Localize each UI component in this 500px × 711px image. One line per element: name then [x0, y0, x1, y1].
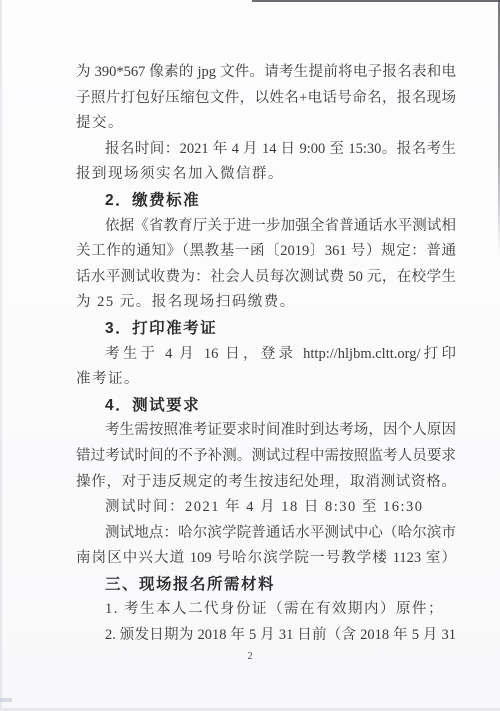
scan-edge-left	[0, 0, 2, 711]
text-line: 考生需按照准考证要求时间准时到达考场，因个人原因	[76, 418, 456, 444]
page-content: 为 390*567 像素的 jpg 文件。请考生提前将电子报名表和电 子照片打包…	[76, 60, 456, 649]
text-line: 南岗区中兴大道 109 号哈尔滨学院一号教学楼 1123 室）	[76, 546, 456, 572]
scan-edge-top	[252, 0, 500, 2]
document-page: { "colors": { "paper": "#fcfcfd", "ink":…	[0, 0, 500, 711]
text-line: 操作，对于违反规定的考生按违纪处理，取消测试资格。	[76, 470, 456, 496]
text-line: 考生于 4 月 16 日，登录 http://hljbm.cltt.org/打印	[76, 342, 456, 368]
text-line: 报到现场须实名加入微信群。	[76, 162, 456, 188]
text-line: 测试地点：哈尔滨学院普通话水平测试中心（哈尔滨市	[76, 521, 456, 547]
text-line: 为 25 元。报名现场扫码缴费。	[76, 290, 456, 316]
text-line: 子照片打包好压缩包文件，以姓名+电话号命名，报名现场	[76, 86, 456, 112]
text-line: 1. 考生本人二代身份证（需在有效期内）原件；	[76, 597, 456, 623]
text-line: 准考证。	[76, 367, 456, 393]
section-heading: 4．测试要求	[76, 393, 456, 419]
text-line: 报名时间：2021 年 4 月 14 日 9:00 至 15:30。报名考生	[76, 137, 456, 163]
text-line: 依据《省教育厅关于进一步加强全省普通话水平测试相	[76, 214, 456, 240]
text-line: 关工作的通知》（黑教基一函〔2019〕361 号）规定：普通	[76, 239, 456, 265]
text-line: 话水平测试收费为：社会人员每次测试费 50 元，在校学生	[76, 265, 456, 291]
text-line: 2. 颁发日期为 2018 年 5 月 31 日前（含 2018 年 5 月 3…	[76, 623, 456, 649]
scan-edge-bottom-notch	[0, 698, 12, 702]
section-heading: 3．打印准考证	[76, 316, 456, 342]
page-number: 2	[0, 651, 500, 662]
section-heading: 2．缴费标准	[76, 188, 456, 214]
text-line: 测试时间：2021 年 4 月 18 日 8:30 至 16:30	[76, 495, 456, 521]
text-line: 为 390*567 像素的 jpg 文件。请考生提前将电子报名表和电	[76, 60, 456, 86]
section-heading: 三、现场报名所需材料	[76, 572, 456, 598]
text-line: 提交。	[76, 111, 456, 137]
text-line: 错过考试时间的不予补测。测试过程中需按照监考人员要求	[76, 444, 456, 470]
